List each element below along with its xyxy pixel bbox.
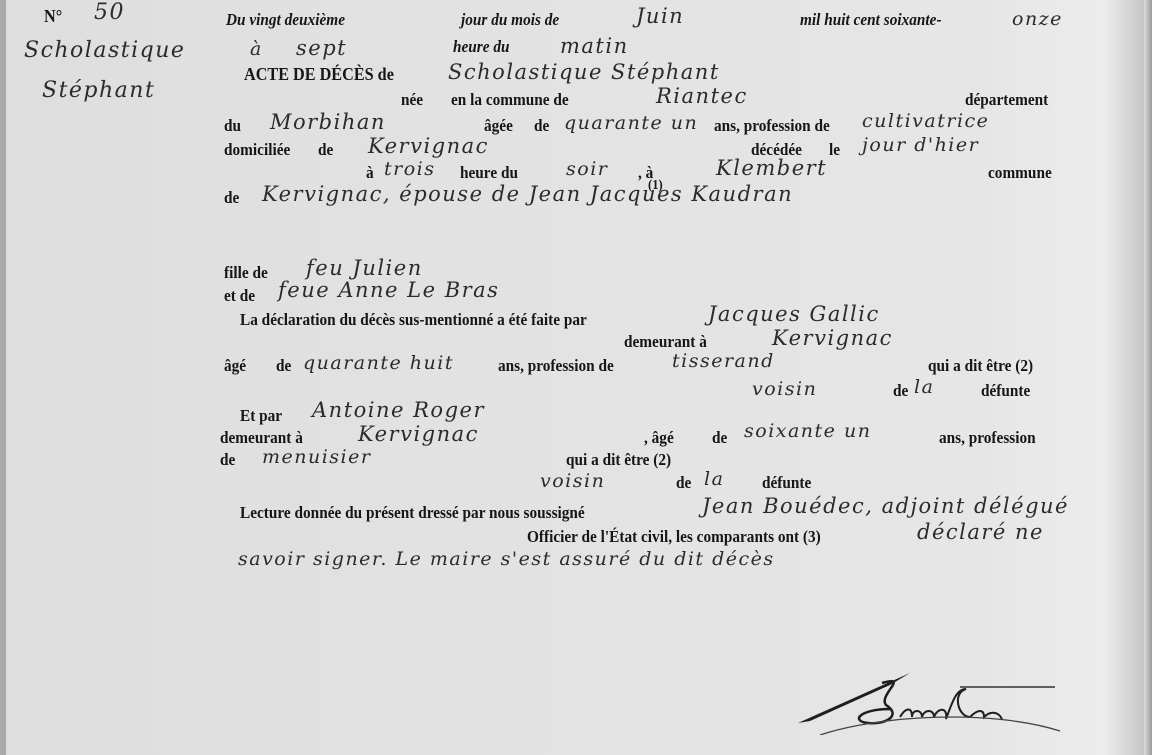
witness-age: soixante un [744,420,871,442]
domicile-value: Kervignac [368,134,489,158]
footnote-1: (1) [648,178,663,194]
witness-relation: voisin [540,470,605,492]
page-right-edge [1144,0,1152,755]
text-jour-du-mois: jour du mois de [461,10,559,30]
declarant-value: Jacques Gallic [708,302,880,326]
margin-name-first: Scholastique [24,38,185,63]
text-qui-a-dit-etre: qui a dit être (2) [928,356,1033,376]
text-heure-du-2: heure du [460,163,518,183]
text-de: de [534,116,549,136]
witness-profession: menuisier [262,446,371,468]
text-de-4: de [276,356,291,376]
text-du-2: du [224,116,241,136]
mother-value: feue Anne Le Bras [278,278,499,302]
declarant-age: quarante huit [303,352,454,374]
text-age-3: , âgé [644,428,674,448]
text-la: la [914,376,934,398]
text-officier: Officier de l'État civil, les comparants… [527,527,821,547]
death-date-value: jour d'hier [862,134,979,156]
record-number: 50 [94,0,125,25]
text-acte-de-deces: ACTE DE DÉCÈS de [244,64,394,85]
declarant-profession: tisserand [672,350,775,372]
text-defunt-2: défunte [762,473,811,493]
hour-value: sept [296,36,347,60]
age-value: quarante un [564,112,698,134]
text-de-6: de [712,428,727,448]
death-hour-value: trois [384,158,435,180]
text-commune: commune [988,163,1052,183]
witness-residence: Kervignac [358,422,479,446]
civil-record-page: N° 50 Scholastique Stéphant Du vingt deu… [0,0,1152,755]
text-de-2: de [318,140,333,160]
text-year-prefix: mil huit cent soixante- [800,10,942,30]
death-place-value: Klembert [716,156,827,180]
text-agee: âgée [484,116,513,136]
declarant-residence: Kervignac [772,326,893,350]
text-ans-profession: ans, profession de [714,116,830,136]
officer-value: Jean Bouédec, adjoint délégué [702,494,1069,518]
text-domicilie: domiciliée [224,140,290,160]
text-defunt: défunte [981,381,1030,401]
profession-value: cultivatrice [862,110,989,132]
page-left-edge [0,0,6,755]
text-lecture: Lecture donnée du présent dressé par nou… [240,503,585,523]
text-et-de: et de [224,286,255,306]
text-de-3: de [224,188,239,208]
text-a: à [250,38,263,60]
text-ans-profession-3: ans, profession [939,428,1036,448]
closing-note: savoir signer. Le maire s'est assuré du … [238,548,775,570]
text-demeurant-a-2: demeurant à [220,428,303,448]
record-number-label: N° [44,6,62,27]
text-du: Du vingt deuxième [226,10,345,30]
deceased-name: Scholastique Stéphant [448,60,720,84]
father-value: feu Julien [306,256,423,280]
text-de-5: de [893,381,908,401]
text-ans-profession-2: ans, profession de [498,356,614,376]
text-age-2: âgé [224,356,246,376]
text-la-2: la [704,468,724,490]
month-value: Juin [636,4,684,28]
text-declaration: La déclaration du décès sus-mentionné a … [240,310,587,330]
department-value: Morbihan [270,110,386,134]
text-demeurant-a: demeurant à [624,332,707,352]
witness-value: Antoine Roger [312,398,485,422]
text-en-la-commune: en la commune de [451,90,569,110]
text-ne: née [401,90,423,110]
text-et-par: Et par [240,406,282,426]
death-period-value: soir [566,158,608,180]
margin-name-last: Stéphant [42,78,155,103]
spouse-value: Kervignac, épouse de Jean Jacques Kaudra… [262,182,793,206]
text-heure-du: heure du [453,37,510,57]
text-de-8: de [676,473,691,493]
year-suffix: onze [1012,8,1063,30]
signature-mark [790,665,1090,735]
text-departement: département [965,90,1048,110]
text-le: le [829,140,840,160]
text-qui-a-dit-etre-2: qui a dit être (2) [566,450,671,470]
period-value: matin [560,34,629,58]
text-de-7: de [220,450,235,470]
declarant-relation: voisin [752,378,817,400]
birthplace-value: Riantec [656,84,748,108]
text-fils-de: fille de [224,263,268,283]
statement-value: déclaré ne [917,520,1044,544]
text-a-2: à [366,163,374,183]
